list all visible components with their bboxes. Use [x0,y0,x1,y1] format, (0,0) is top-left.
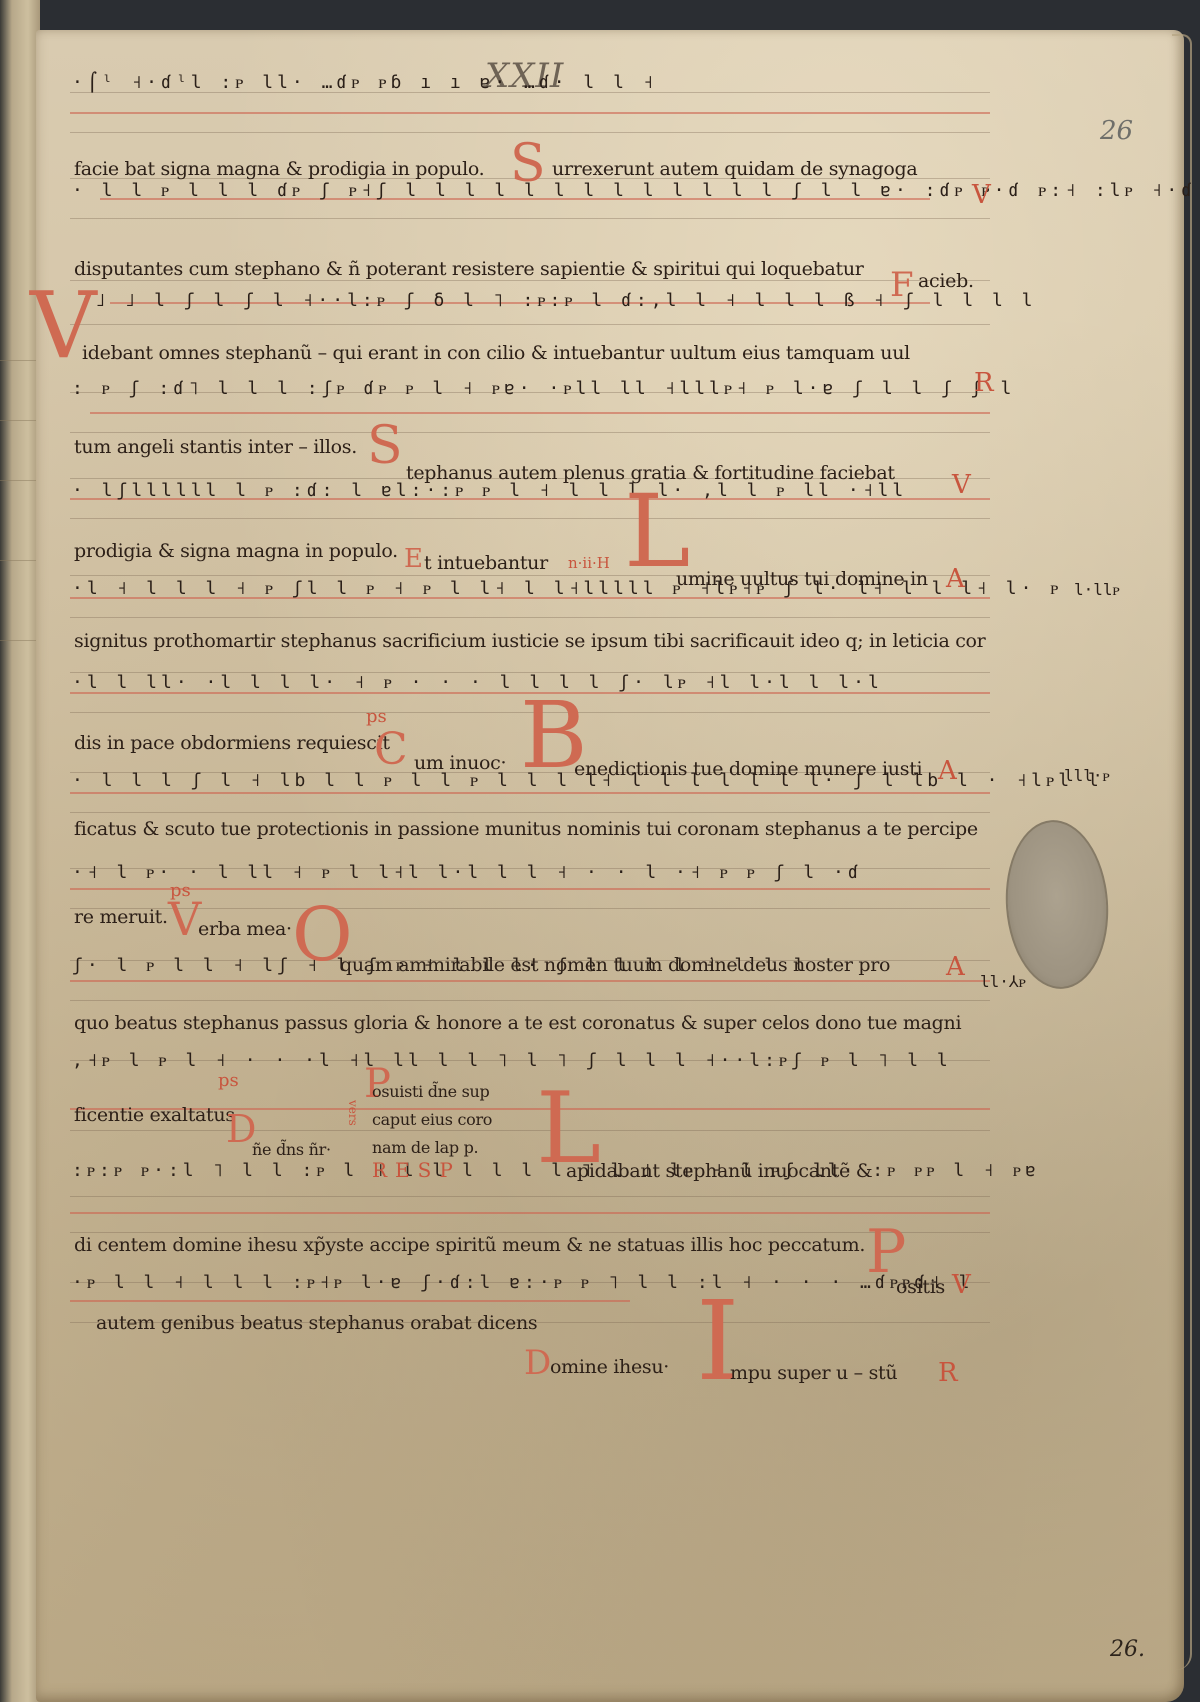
rubric-psalm: ps [218,1070,239,1091]
text-line-5: prodigia & signa magna in populo. [74,540,398,562]
antiphon-marker: A [946,952,965,982]
text-line-13: autem genibus beatus stephanus orabat di… [96,1312,537,1334]
initial-s: S [510,138,546,190]
antiphon-marker: A [946,564,965,594]
text-line-6: signitus prothomartir stephanus sacrific… [74,630,985,652]
initial-p: P [866,1222,906,1282]
large-initial-l: L [624,482,690,582]
text-line-2-continuation: acieb. [918,270,974,292]
resp-rubric: RESP [372,1158,461,1182]
vertical-rubric: vers [346,1100,360,1126]
versus-marker: V [972,180,991,210]
text-line-9: re meruit. [74,906,168,928]
initial-c: C [374,728,408,772]
text-line-7: dis in pace obdormiens requiescit [74,732,390,754]
margin-note: l·llᴘ [1074,580,1120,600]
facing-page-edge [0,0,40,1702]
text-line-8: ficatus & scuto tue protectionis in pass… [74,818,978,840]
text-line-3: idebant omnes stephanũ – qui erant in c… [82,342,910,364]
text-line-13-after: mpu super u – stũ [730,1362,897,1384]
text-line-1: facie bat signa magna & prodigia in popu… [74,158,484,180]
text-line-4: tum angeli stantis inter – illos. [74,436,357,458]
text-line-2: disputantes cum stephano & ñ poterant r… [74,258,864,280]
initial-d: D [524,1346,551,1380]
margin-note: lll·ᴘ [1064,766,1110,786]
neume-row: ·⌠ˡ ˧·ɗˡl :ᴘ ll· …ɗᴘ ᴘɓ ı ı ɐ· …ɗ· l l ˧ [72,72,658,93]
text-line-5-after: umine uultus tui domine in [676,568,928,590]
margin-note: ll·⅄ᴘ [980,972,1026,992]
text-line-9-continuation: erba mea· [198,918,292,940]
initial-f: F [890,268,914,302]
text-line-13-continuation: omine ihesu· [550,1356,669,1378]
text-line-1-continuation: urrexerunt autem quidam de synagoga [552,158,917,180]
initial-e: E [404,546,423,572]
antiphon-marker: A [938,756,957,786]
folio-edge [1172,34,1192,1670]
neume-row: ·ᴘ l l ˧ l l l :ᴘ˧ᴘ l·ɐ ʃ·ɗ:l ɐ:·ᴘ ᴘ ˥ l… [72,1272,974,1293]
responsory-marker: R [974,368,994,398]
folio-number-pencil: 26 [1100,116,1133,146]
block-line: nam de lap p. [372,1138,478,1157]
rubric-inline: n·ii·H [568,554,610,572]
initial-s: S [367,420,403,472]
text-line-11: ficentie exaltatus [74,1104,235,1126]
text-line-12: di centem domine ihesu xp̃yste accipe sp… [74,1234,865,1256]
folio-number-ink: 26. [1110,1637,1145,1662]
text-line-10: quo beatus stephanus passus gloria & hon… [74,1012,961,1034]
text-line-11-after: apidabant stephanũ inuocantẽ & [566,1160,872,1182]
neume-row: ,˧ᴘ l ᴘ l ˧ · · ·l ˧l ll l l ˥ l ˥ ʃ l l… [72,1050,952,1071]
initial-v: V [168,896,201,942]
text-line-9-after: quam ammirabile est nomen tuum domine de… [340,954,890,976]
text-line-11-continuation: ñe d̃ns ñr· [252,1140,331,1159]
responsory-marker: R [938,1358,958,1388]
neume-row: ·l l ll· ·l l l l· ˧ ᴘ · · · l l l l ʃ· … [72,672,883,693]
text-line-12-continuation: ositis [896,1276,945,1298]
text-line-5-continuation: t intuebantur [424,552,548,574]
versus-marker: V [952,470,971,500]
block-line: caput eius coro [372,1110,492,1129]
neume-row: · l l ᴘ l l l ɗᴘ ʃ ᴘ˧ʃ l l l l l l l l l… [72,180,1196,201]
block-line: osuisti d̃ne sup [372,1082,489,1101]
text-line-7-after: enedictionis tue domine munere iusti [574,758,922,780]
text-line-7-continuation: um inuoc· [414,752,506,774]
neume-row: : ᴘ ʃ :ɗ˥ l l l :ʃᴘ ɗᴘ ᴘ l ˧ ᴘɐ· ·ᴘll ll… [72,378,1015,399]
versus-marker: V [952,1270,971,1300]
